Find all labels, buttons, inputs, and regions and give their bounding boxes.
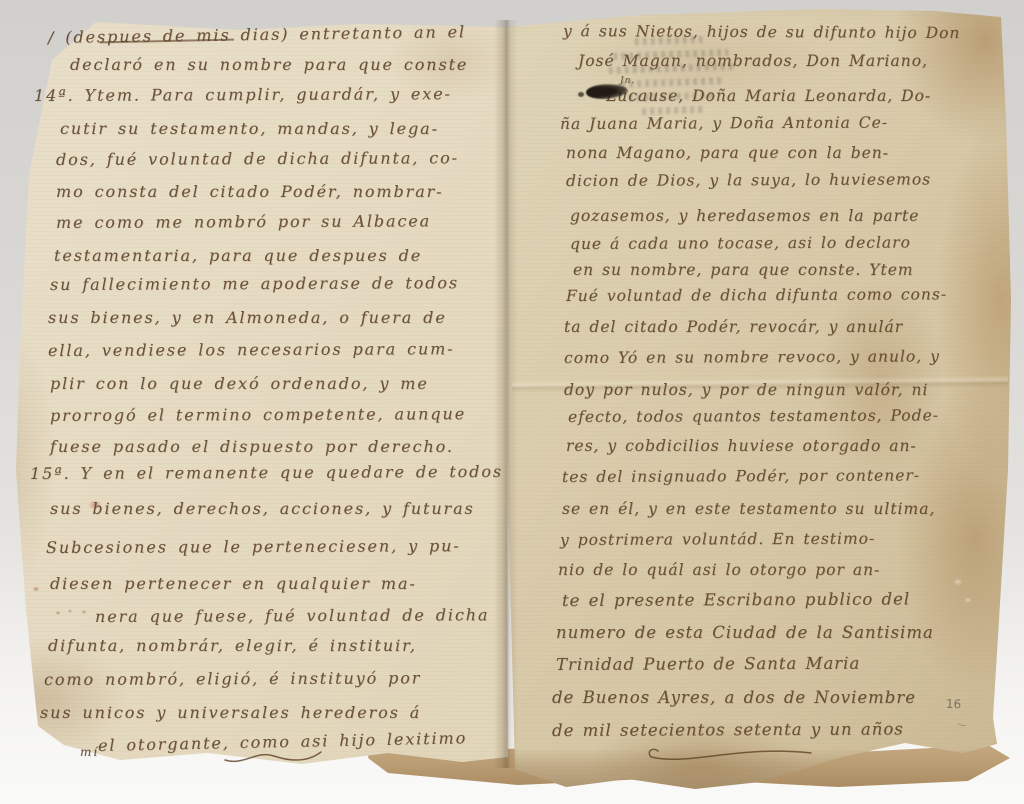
manuscript-line: Fué voluntad de dicha difunta como cons-	[566, 285, 947, 305]
manuscript-line: se en él, y en este testamento su ultima…	[562, 500, 935, 518]
manuscript-line: gozasemos, y heredasemos en la parte	[570, 207, 919, 225]
manuscript-line: que á cada uno tocase, asi lo declaro	[570, 234, 911, 253]
rubric-flourish-left	[222, 747, 326, 769]
manuscript-line: nona Magano, para que con la ben-	[566, 144, 889, 162]
manuscript-line: Lucause, Doña Maria Leonarda, Do-	[606, 87, 931, 105]
folio-number-pencil: 16	[946, 697, 962, 712]
manuscript-line: Jn.	[620, 76, 635, 86]
manuscript-line: de Buenos Ayres, a dos de Noviembre	[552, 688, 916, 707]
manuscript-line: y postrimera voluntád. En testimo-	[560, 530, 875, 549]
rubric-flourish-right	[645, 742, 817, 768]
right-page-text: y á sus Nietos, hijos de su difunto hijo…	[0, 0, 1024, 804]
manuscript-line: doy por nulos, y por de ningun valór, ni	[564, 381, 928, 399]
manuscript-line: tes del insignuado Podér, por contener-	[562, 466, 920, 486]
manuscript-line: te el presente Escribano publico del	[562, 589, 910, 610]
manuscript-line: numero de esta Ciudad de la Santisima	[556, 623, 934, 642]
manuscript-line: como Yó en su nombre revoco, y anulo, y	[564, 347, 940, 367]
manuscript-line: en su nombre, para que conste. Ytem	[573, 261, 914, 279]
manuscript-line: ña Juana Maria, y Doña Antonia Ce-	[560, 114, 888, 133]
manuscript-line: José Magan, nombrados, Don Mariano,	[578, 52, 928, 70]
manuscript-line: dicion de Dios, y la suya, lo huviesemos	[566, 170, 931, 190]
manuscript-line: res, y cobdicilios huviese otorgado an-	[566, 437, 917, 455]
manuscript-line: de mil setecientos setenta y un años	[552, 719, 904, 740]
manuscript-line: efecto, todos quantos testamentos, Pode-	[568, 406, 939, 426]
manuscript-line: nio de lo quál asi lo otorgo por an-	[558, 561, 880, 579]
manuscript-line: Trinidad Puerto de Santa Maria	[556, 654, 860, 674]
manuscript-scan: / (despues de mis dias) entretanto an el…	[0, 0, 1024, 804]
manuscript-line: y á sus Nietos, hijos de su difunto hijo…	[563, 22, 960, 42]
manuscript-line: ta del citado Podér, revocár, y anulár	[564, 318, 903, 336]
ink-speck	[578, 92, 584, 97]
